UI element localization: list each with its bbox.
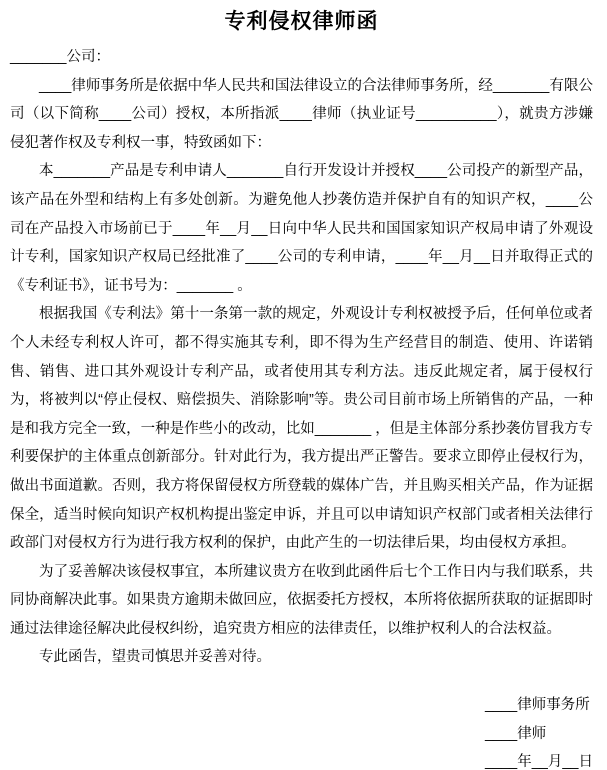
signature-law-firm: ____律师事务所 bbox=[485, 691, 593, 720]
letter-page: 专利侵权律师函 _______公司： ____律师事务所是依据中华人民共和国法律… bbox=[0, 0, 607, 770]
paragraph-legal-basis-and-warning: 根据我国《专利法》第十一条第一款的规定，外观设计专利权被授予后，任何单位或者个人… bbox=[10, 300, 593, 557]
letter-body: _______公司： ____律师事务所是依据中华人民共和国法律设立的合法律师事… bbox=[10, 43, 593, 672]
paragraph-settlement-request: 为了妥善解决该侵权事宜，本所建议贵方在收到此函件后七个工作日内与我们联系，共同协… bbox=[10, 558, 593, 644]
salutation-line: _______公司： bbox=[10, 43, 593, 72]
signature-block: ____律师事务所 ____律师 ____年__月__日 bbox=[485, 691, 593, 770]
signature-date: ____年__月__日 bbox=[485, 748, 593, 770]
document-title: 专利侵权律师函 bbox=[10, 7, 593, 37]
paragraph-patent-background: 本_______产品是专利申请人_______自行开发设计并授权____公司投产… bbox=[10, 157, 593, 300]
signature-lawyer: ____律师 bbox=[485, 720, 593, 749]
paragraph-closing: 专此函告，望贵司慎思并妥善对待。 bbox=[10, 643, 593, 672]
signature-area: ____律师事务所 ____律师 ____年__月__日 bbox=[10, 691, 593, 770]
paragraph-introduction: ____律师事务所是依据中华人民共和国法律设立的合法律师事务所，经_______… bbox=[10, 72, 593, 158]
